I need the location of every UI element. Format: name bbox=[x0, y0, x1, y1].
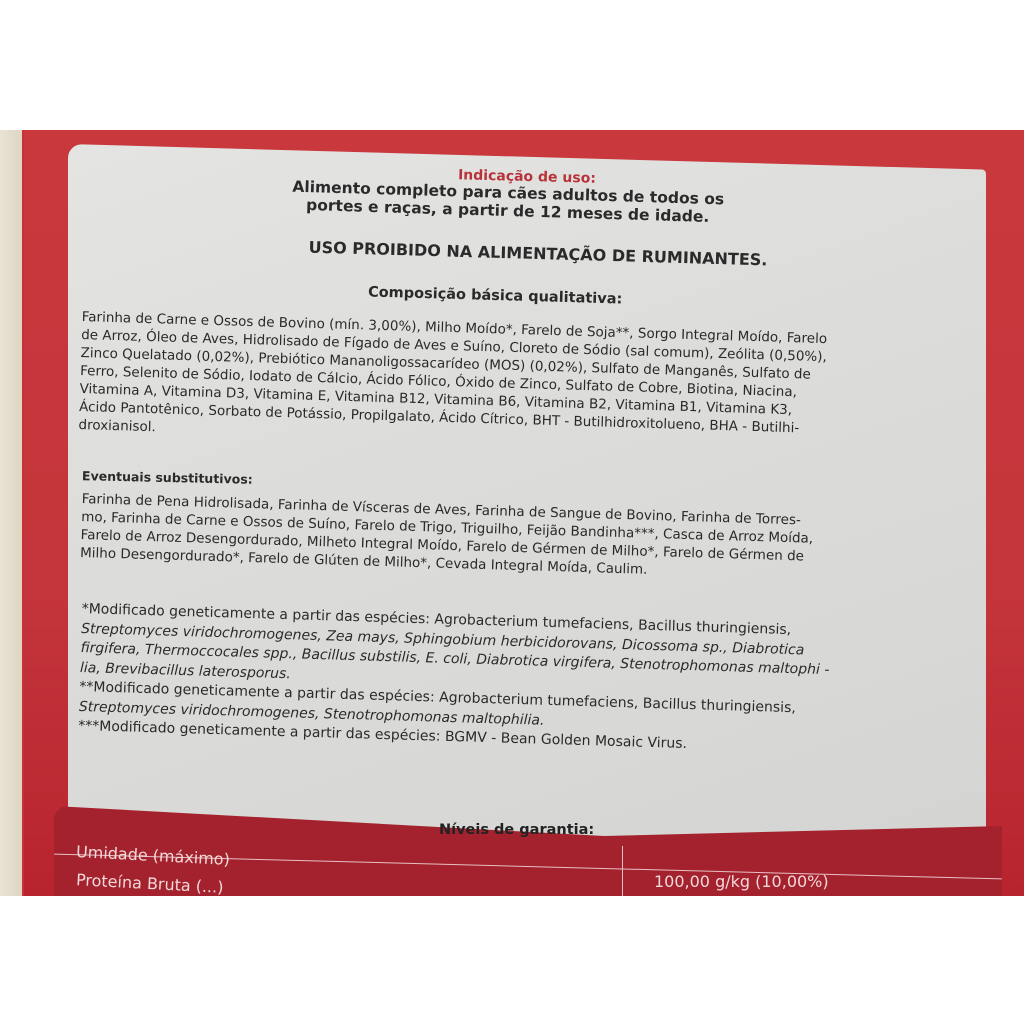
composition-text: Farinha de Carne e Ossos de Bovino (mín.… bbox=[78, 308, 981, 461]
row-value-moisture: 100,00 g/kg (10,00%) bbox=[654, 872, 829, 891]
guarantee-levels-table: Níveis de garantia: Umidade (máximo) 100… bbox=[54, 806, 1002, 906]
bottom-white-band bbox=[0, 896, 1024, 1024]
substitutes-title: Eventuais substitutivos: bbox=[82, 468, 253, 487]
gmo-notes: *Modificado geneticamente a partir das e… bbox=[78, 600, 982, 763]
prohibited-notice: USO PROIBIDO NA ALIMENTAÇÃO DE RUMINANTE… bbox=[278, 237, 798, 271]
label-content: Indicação de uso: Alimento completo para… bbox=[68, 144, 986, 896]
composition-title: Composição básica qualitativa: bbox=[368, 284, 623, 307]
photo-pet-food-bag: Indicação de uso: Alimento completo para… bbox=[0, 130, 1024, 896]
substitutes-text: Farinha de Pena Hidrolisada, Farinha de … bbox=[80, 490, 982, 589]
table-title: Níveis de garantia: bbox=[439, 822, 594, 838]
